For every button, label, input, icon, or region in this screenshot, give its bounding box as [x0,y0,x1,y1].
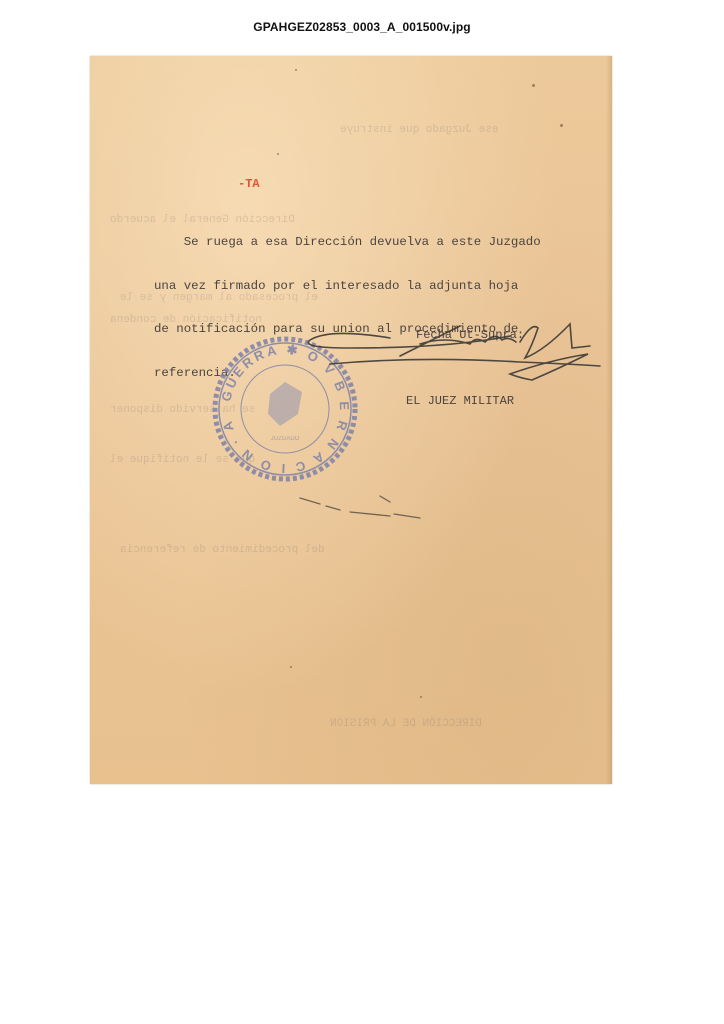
paper-speck [560,124,563,127]
red-annotation-mark: -TA [238,177,260,191]
bleed-through-text: DIRECCIÓN DE LA PRISIÓN [330,700,508,748]
paper-edge [606,56,612,784]
file-title: GPAHGEZ02853_0003_A_001500v.jpg [0,20,724,34]
paper-speck [532,84,535,87]
ink-smudge-icon [290,494,430,524]
document-page: ese Juzgado que instruye Dirección Gener… [90,56,612,784]
paper-speck [420,696,422,698]
bleed-through-text: ese Juzgado que instruye [340,106,525,154]
svg-text:JUZGADO: JUZGADO [271,436,300,442]
paper-speck [277,153,279,155]
bleed-through-text: del procedimiento de referencia [120,526,351,574]
paper-speck [295,69,297,71]
signature-icon [270,318,610,398]
body-line: Se ruega a esa Dirección devuelva a este… [154,235,541,250]
paper-speck [290,666,292,668]
